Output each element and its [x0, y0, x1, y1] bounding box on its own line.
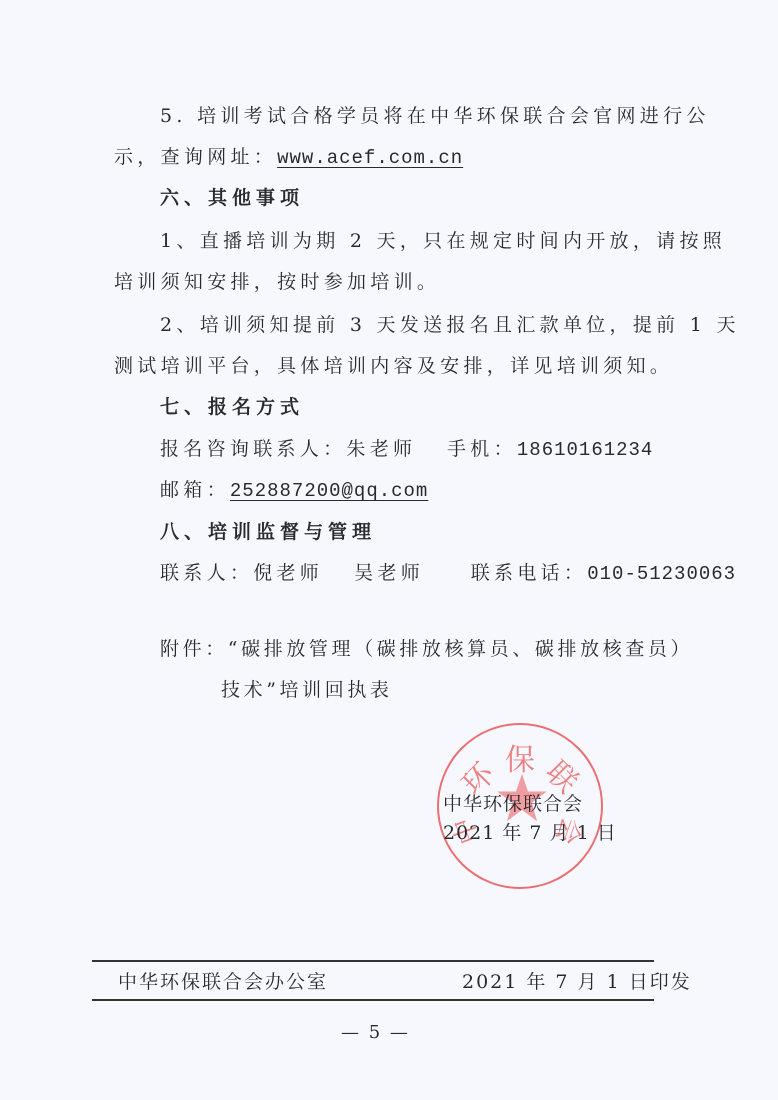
- attachment-line1: 附件：“碳排放管理（碳排放核算员、碳排放核查员）: [160, 637, 693, 661]
- email-link[interactable]: 252887200@qq.com: [230, 480, 428, 502]
- footer-issued-date: 2021 年 7 月 1 日印发: [462, 967, 692, 994]
- tel-number: 010-51230063: [587, 563, 736, 585]
- section7-heading: 七、报名方式: [160, 395, 304, 419]
- item5-line2-prefix: 示，查询网址：: [114, 146, 277, 168]
- email-label: 邮箱：: [160, 479, 230, 501]
- tel-label: 联系电话：: [471, 562, 588, 584]
- item5-line1: 5. 培训考试合格学员将在中华环保联合会官网进行公: [160, 104, 710, 128]
- document-page: 5. 培训考试合格学员将在中华环保联合会官网进行公 示，查询网址：www.ace…: [0, 0, 778, 1100]
- section7-contact: 报名咨询联系人：朱老师 手机：18610161234: [160, 437, 653, 462]
- seal-char-2: 保: [505, 735, 535, 779]
- phone-label: 手机：: [447, 438, 517, 460]
- footer-office: 中华环保联合会办公室: [118, 967, 328, 994]
- section6-heading: 六、其他事项: [160, 186, 304, 210]
- item5-line2: 示，查询网址：www.acef.com.cn: [114, 145, 463, 170]
- section6-item2-line1: 2、培训须知提前 3 天发送报名且汇款单位，提前 1 天: [160, 313, 740, 337]
- attachment-line2: 技术”培训回执表: [221, 678, 393, 702]
- section7-email: 邮箱：252887200@qq.com: [160, 478, 428, 503]
- website-link[interactable]: www.acef.com.cn: [277, 147, 463, 169]
- footer-top-rule: [92, 960, 654, 962]
- signature-org: 中华环保联合会: [443, 789, 583, 816]
- supervisor-contacts: 联系人：倪老师 吴老师: [160, 562, 424, 584]
- signature-date: 2021 年 7 月 1 日: [443, 818, 617, 845]
- footer-bottom-rule: [92, 999, 654, 1001]
- contact-label: 报名咨询联系人：朱老师: [160, 438, 416, 460]
- phone-number: 18610161234: [517, 439, 653, 461]
- section6-item2-line2: 测试培训平台，具体培训内容及安排，详见培训须知。: [114, 354, 673, 378]
- section6-item1-line1: 1、直播培训为期 2 天，只在规定时间内开放，请按照: [160, 229, 726, 253]
- section8-contacts: 联系人：倪老师 吴老师 联系电话：010-51230063: [160, 561, 736, 586]
- section6-item1-line2: 培训须知安排，按时参加培训。: [114, 270, 440, 294]
- page-number: — 5 —: [341, 1022, 410, 1043]
- section8-heading: 八、培训监督与管理: [160, 520, 376, 544]
